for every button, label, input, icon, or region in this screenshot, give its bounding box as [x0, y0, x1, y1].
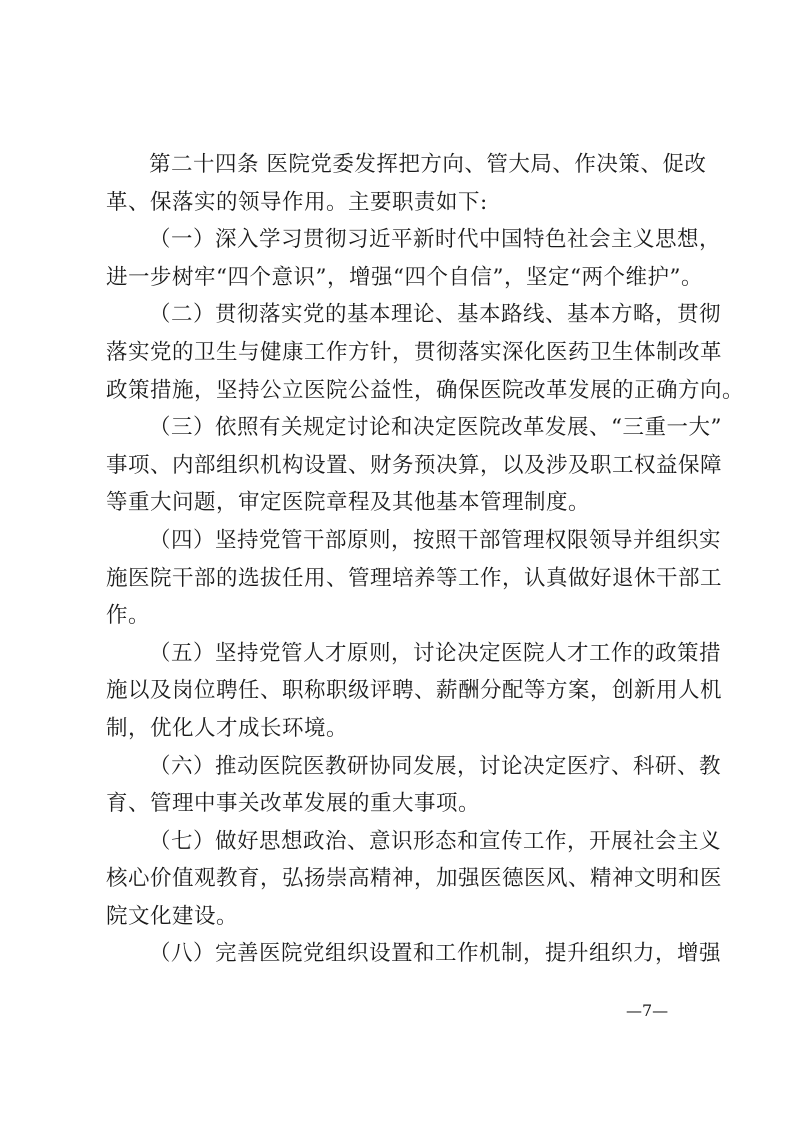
- text-line: 施以及岗位聘任、职称职级评聘、薪酬分配等方案，创新用人机: [106, 672, 689, 710]
- text-line: 革、保落实的领导作用。主要职责如下:: [106, 184, 689, 222]
- text-line: 政策措施，坚持公立医院公益性，确保医院改革发展的正确方向。: [106, 372, 689, 410]
- item-4-paragraph: （四）坚持党管干部原则，按照干部管理权限领导并组织实 施医院干部的选拔任用、管理…: [106, 522, 689, 635]
- item-7-paragraph: （七）做好思想政治、意识形态和宣传工作，开展社会主义 核心价值观教育，弘扬崇高精…: [106, 823, 689, 936]
- text-line: 第二十四条 医院党委发挥把方向、管大局、作决策、促改: [106, 146, 689, 184]
- article-24-paragraph: 第二十四条 医院党委发挥把方向、管大局、作决策、促改 革、保落实的领导作用。主要…: [106, 146, 689, 221]
- page-number: —7—: [626, 1001, 668, 1020]
- text-line: 育、管理中事关改革发展的重大事项。: [106, 785, 689, 823]
- text-line: （四）坚持党管干部原则，按照干部管理权限领导并组织实: [106, 522, 689, 560]
- text-line: （八）完善医院党组织设置和工作机制，提升组织力，增强: [106, 935, 689, 973]
- text-line: 施医院干部的选拔任用、管理培养等工作，认真做好退休干部工: [106, 560, 689, 598]
- text-line: 等重大问题，审定医院章程及其他基本管理制度。: [106, 484, 689, 522]
- text-line: 制，优化人才成长环境。: [106, 710, 689, 748]
- text-line: 核心价值观教育，弘扬崇高精神，加强医德医风、精神文明和医: [106, 860, 689, 898]
- item-6-paragraph: （六）推动医院医教研协同发展，讨论决定医疗、科研、教 育、管理中事关改革发展的重…: [106, 748, 689, 823]
- item-1-paragraph: （一）深入学习贯彻习近平新时代中国特色社会主义思想， 进一步树牢“四个意识”，增…: [106, 221, 689, 296]
- text-line: 进一步树牢“四个意识”，增强“四个自信”，坚定“两个维护”。: [106, 259, 689, 297]
- text-line: （五）坚持党管人才原则，讨论决定医院人才工作的政策措: [106, 635, 689, 673]
- item-8-paragraph: （八）完善医院党组织设置和工作机制，提升组织力，增强: [106, 935, 689, 973]
- text-line: （三）依照有关规定讨论和决定医院改革发展、“三重一大”: [106, 409, 689, 447]
- text-line: 院文化建设。: [106, 898, 689, 936]
- document-page: 第二十四条 医院党委发挥把方向、管大局、作决策、促改 革、保落实的领导作用。主要…: [0, 0, 794, 1123]
- text-line: 落实党的卫生与健康工作方针，贯彻落实深化医药卫生体制改革: [106, 334, 689, 372]
- text-line: （一）深入学习贯彻习近平新时代中国特色社会主义思想，: [106, 221, 689, 259]
- document-body: 第二十四条 医院党委发挥把方向、管大局、作决策、促改 革、保落实的领导作用。主要…: [106, 146, 689, 973]
- item-5-paragraph: （五）坚持党管人才原则，讨论决定医院人才工作的政策措 施以及岗位聘任、职称职级评…: [106, 635, 689, 748]
- item-3-paragraph: （三）依照有关规定讨论和决定医院改革发展、“三重一大” 事项、内部组织机构设置、…: [106, 409, 689, 522]
- text-line: 事项、内部组织机构设置、财务预决算，以及涉及职工权益保障: [106, 447, 689, 485]
- text-line: （二）贯彻落实党的基本理论、基本路线、基本方略，贯彻: [106, 296, 689, 334]
- text-line: （六）推动医院医教研协同发展，讨论决定医疗、科研、教: [106, 748, 689, 786]
- item-2-paragraph: （二）贯彻落实党的基本理论、基本路线、基本方略，贯彻 落实党的卫生与健康工作方针…: [106, 296, 689, 409]
- text-line: 作。: [106, 597, 689, 635]
- text-line: （七）做好思想政治、意识形态和宣传工作，开展社会主义: [106, 823, 689, 861]
